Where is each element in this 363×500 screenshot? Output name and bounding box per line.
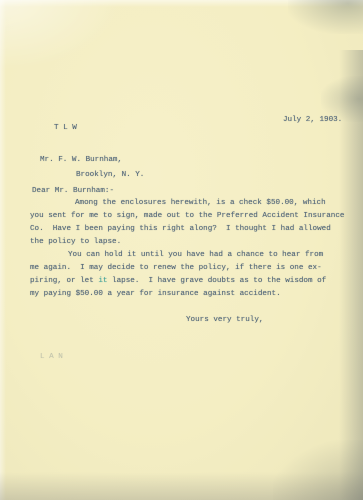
letter-scan: July 2, 1903. T L W Mr. F. W. Burnham, B… <box>0 0 363 500</box>
scan-highlight-top-left <box>0 0 120 70</box>
body-line: piring, or let it lapse. I have grave do… <box>30 275 350 288</box>
typist-initials: T L W <box>54 122 77 135</box>
scan-edge-top <box>0 0 363 7</box>
date-line: July 2, 1903. <box>283 114 342 127</box>
recipient-city: Brooklyn, N. Y. <box>76 169 144 182</box>
body-line: you sent for me to sign, made out to the… <box>30 210 350 223</box>
closing: Yours very truly, <box>186 314 263 327</box>
body-line: my paying $50.00 a year for insurance ag… <box>30 288 350 301</box>
recipient-name: Mr. F. W. Burnham, <box>40 154 122 167</box>
scan-shadow-bottom-edge <box>0 472 363 500</box>
body-line-segment: piring, or let <box>30 277 98 285</box>
body-line: Among the enclosures herewith, is a chec… <box>30 197 350 210</box>
scan-smudge-top-right <box>288 0 363 34</box>
letter-body: Among the enclosures herewith, is a chec… <box>30 197 350 301</box>
body-line: Co. Have I been paying this right along?… <box>30 223 350 236</box>
body-line: You can hold it until you have had a cha… <box>30 249 350 262</box>
body-line: me again. I may decide to renew the poli… <box>30 262 350 275</box>
signer-initials: L A N <box>40 351 63 364</box>
scan-shadow-bottom-right <box>273 440 363 500</box>
body-line: the policy to lapse. <box>30 236 350 249</box>
body-line-segment: lapse. I have grave doubts as to the wis… <box>107 277 326 285</box>
scan-edge-left <box>0 0 6 500</box>
